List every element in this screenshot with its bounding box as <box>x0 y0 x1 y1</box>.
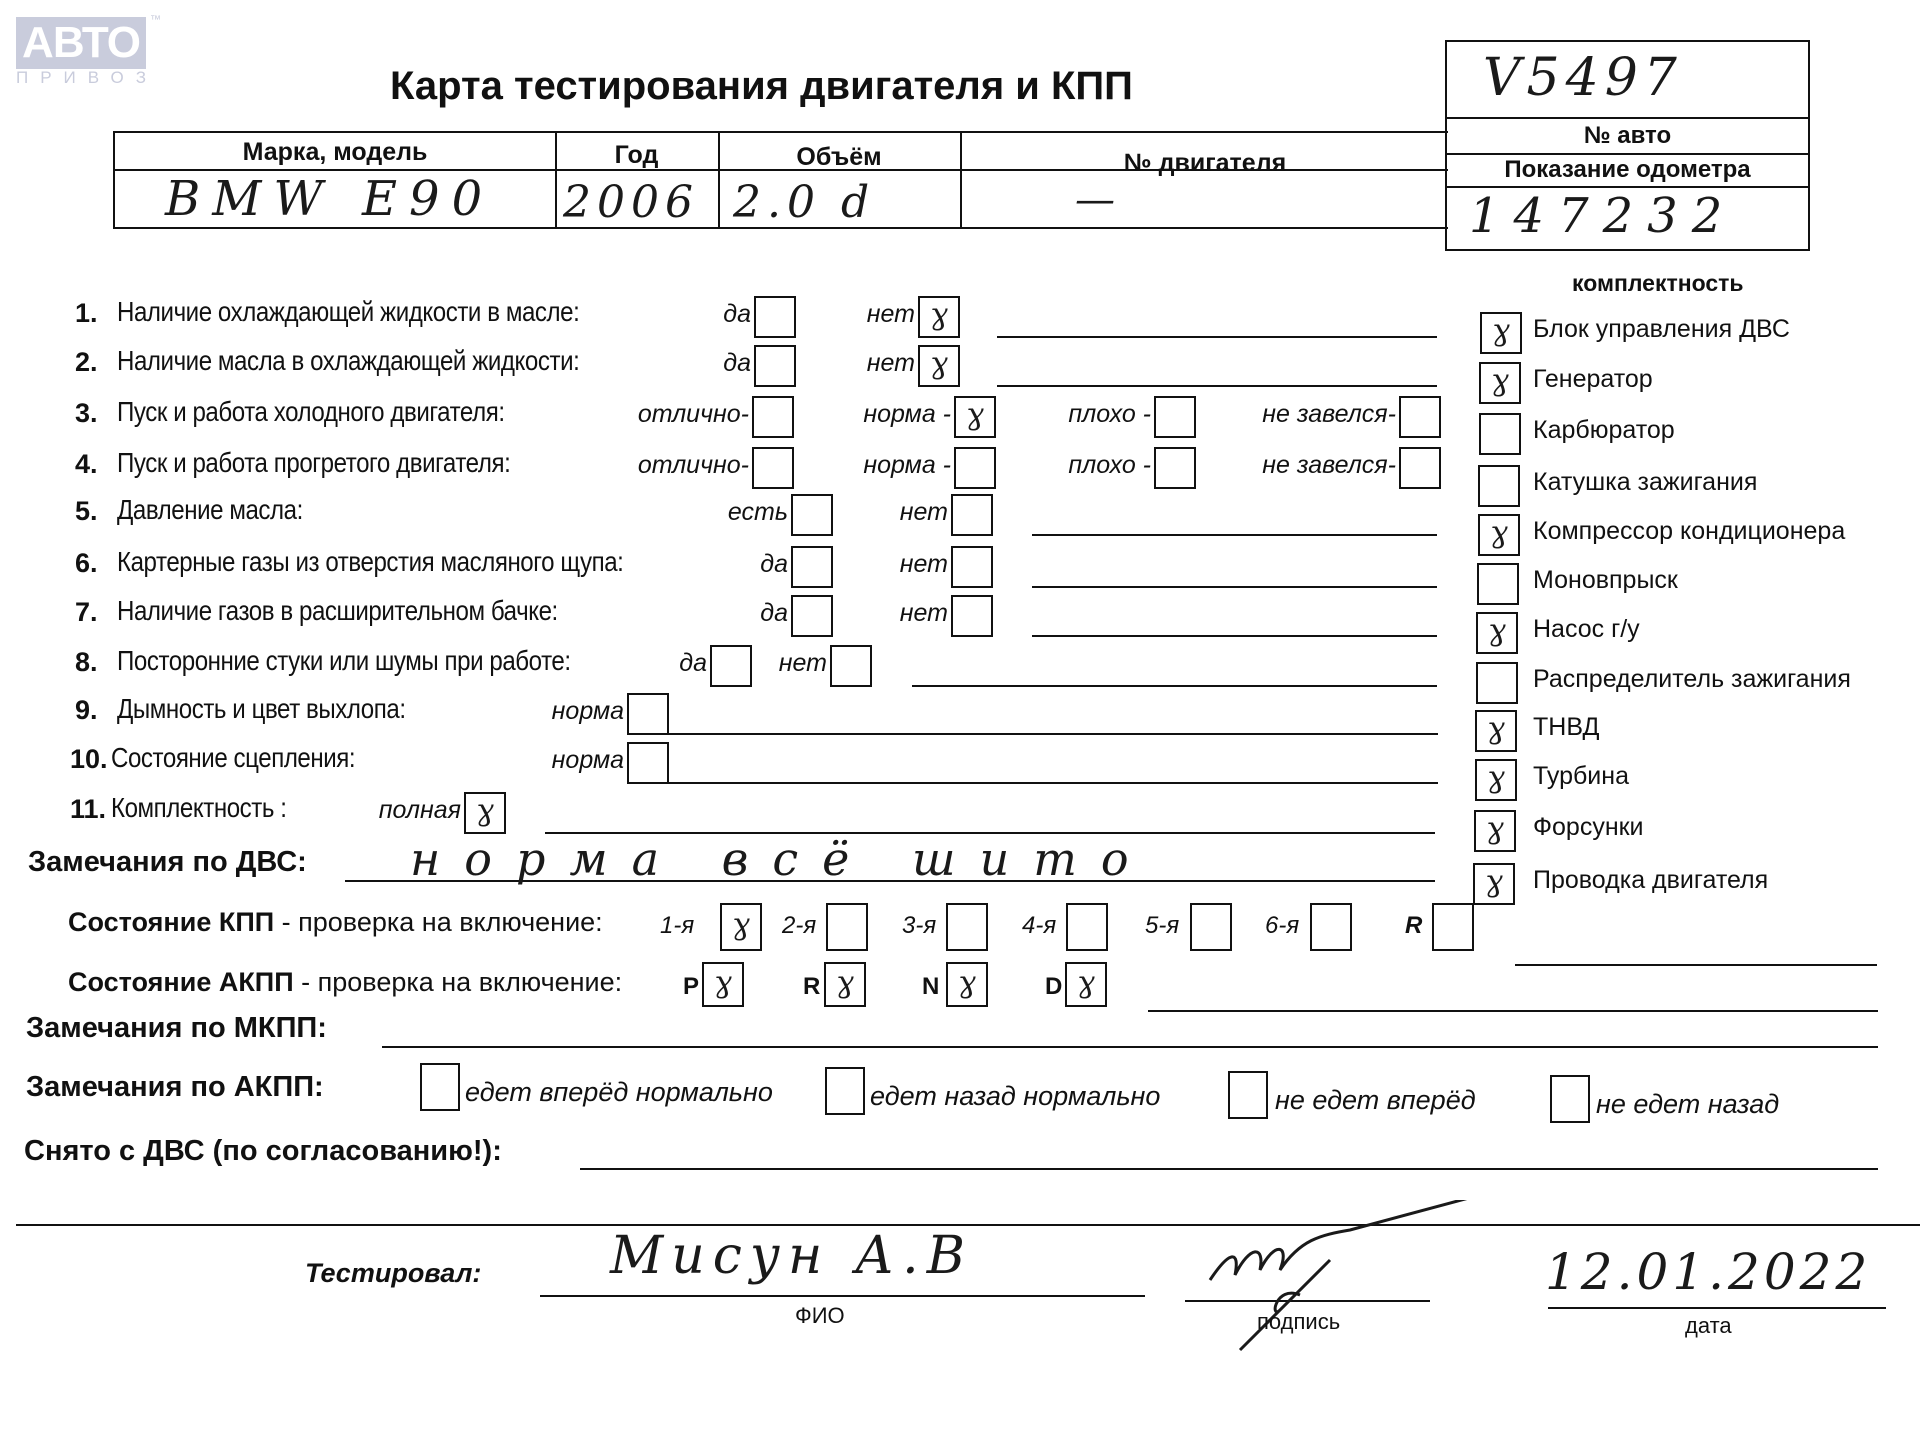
engine-remarks-label: Замечания по ДВС: <box>28 846 307 879</box>
check-mark-icon: ɣ <box>1480 512 1518 554</box>
akpp-remark-checkbox[interactable] <box>420 1063 460 1111</box>
kit-checkbox[interactable]: ɣ <box>1475 759 1517 801</box>
gear-checkbox-6-я[interactable] <box>1310 903 1352 951</box>
option-label: не завелся- <box>1207 400 1396 429</box>
checkbox-1-1[interactable] <box>754 296 796 338</box>
kit-checkbox[interactable]: ɣ <box>1480 312 1522 354</box>
check-number: 3. <box>75 398 98 429</box>
signature-caption: подпись <box>1257 1309 1340 1335</box>
checkbox-8-2[interactable] <box>830 645 872 687</box>
gear-label: 2-я <box>782 912 816 940</box>
checkbox-3-3[interactable] <box>1154 396 1196 438</box>
check-number: 10. <box>70 744 108 775</box>
engine-number-value[interactable]: — <box>1075 177 1115 223</box>
volume-value[interactable]: 2.0 d <box>733 177 875 228</box>
option-label: норма <box>502 746 624 775</box>
gear-checkbox-1-я[interactable]: ɣ <box>720 903 762 951</box>
option-label: нет <box>853 550 948 579</box>
name-caption: ФИО <box>795 1303 845 1329</box>
akpp-remark-label: не едет вперёд <box>1275 1085 1476 1116</box>
check-mark-icon: ɣ <box>956 394 994 436</box>
car-number-label: № авто <box>1447 122 1808 150</box>
checkbox-6-1[interactable] <box>791 546 833 588</box>
kit-checkbox[interactable] <box>1479 413 1521 455</box>
check-mark-icon: ɣ <box>948 960 986 1005</box>
check-number: 4. <box>75 449 98 480</box>
checkbox-4-4[interactable] <box>1399 447 1441 489</box>
option-label: да <box>632 649 707 678</box>
mode-checkbox-R[interactable]: ɣ <box>824 962 866 1007</box>
option-label: да <box>657 300 751 329</box>
col-header-engine-number: № двигателя <box>960 149 1450 178</box>
checkbox-4-3[interactable] <box>1154 447 1196 489</box>
checkbox-3-2[interactable]: ɣ <box>954 396 996 438</box>
check-label: Наличие масла в охлаждающей жидкости: <box>117 345 579 377</box>
check-mark-icon: ɣ <box>704 960 742 1005</box>
make-model-value[interactable]: BMW E90 <box>165 171 494 227</box>
check-mark-icon: ɣ <box>1476 808 1514 850</box>
kit-item-label: Распределитель зажигания <box>1533 665 1851 694</box>
kit-item-label: Генератор <box>1533 365 1653 394</box>
check-label: Давление масла: <box>117 494 303 526</box>
kit-item-label: Карбюратор <box>1533 416 1675 445</box>
check-label: Картерные газы из отверстия масляного щу… <box>117 546 623 578</box>
kit-checkbox[interactable]: ɣ <box>1475 710 1517 752</box>
option-label: отлично- <box>588 400 749 429</box>
check-mark-icon: ɣ <box>466 790 504 832</box>
engine-remarks-value[interactable]: норма всё шито <box>410 832 1153 886</box>
akpp-remark-label: едет назад нормально <box>870 1081 1160 1112</box>
kit-item-label: Форсунки <box>1533 813 1644 842</box>
page-title: Карта тестирования двигателя и КПП <box>390 64 1133 109</box>
option-label: нет <box>853 498 948 527</box>
date-caption: дата <box>1685 1313 1732 1339</box>
option-label: нет <box>813 349 915 378</box>
check-label: Комплектность : <box>111 792 287 824</box>
check-label: Состояние сцепления: <box>111 742 355 774</box>
odometer-value[interactable]: 147232 <box>1469 188 1736 244</box>
kit-checkbox[interactable] <box>1477 563 1519 605</box>
option-label: да <box>713 599 788 628</box>
check-label: Посторонние стуки или шумы при работе: <box>117 645 571 677</box>
akpp-remarks-label: Замечания по АКПП: <box>26 1071 324 1104</box>
option-label: плохо - <box>1018 400 1151 429</box>
option-label: не завелся- <box>1207 451 1396 480</box>
trademark-mark: ™ <box>150 14 161 26</box>
checkbox-2-2[interactable]: ɣ <box>918 345 960 387</box>
option-label: норма - <box>812 400 951 429</box>
check-number: 9. <box>75 695 98 726</box>
kit-checkbox[interactable]: ɣ <box>1474 810 1516 852</box>
akpp-remark-checkbox[interactable] <box>1550 1075 1590 1123</box>
gear-label: 4-я <box>1022 912 1056 940</box>
option-label: нет <box>732 649 827 678</box>
check-number: 6. <box>75 548 98 579</box>
gear-label: 1-я <box>660 912 694 940</box>
check-mark-icon: ɣ <box>920 343 958 385</box>
checkbox-7-2[interactable] <box>951 595 993 637</box>
col-header-year: Год <box>555 141 718 170</box>
gear-checkbox-5-я[interactable] <box>1190 903 1232 951</box>
akpp-remark-label: едет вперёд нормально <box>465 1077 773 1108</box>
option-label: нет <box>853 599 948 628</box>
check-label: Пуск и работа прогретого двигателя: <box>117 447 510 479</box>
check-mark-icon: ɣ <box>1067 960 1105 1005</box>
check-mark-icon: ɣ <box>1477 757 1515 799</box>
checkbox-3-1[interactable] <box>752 396 794 438</box>
check-label: Наличие газов в расширительном бачке: <box>117 595 558 627</box>
kit-checkbox[interactable]: ɣ <box>1479 362 1521 404</box>
car-number-box: V5497 № авто Показание одометра 147232 <box>1445 40 1810 251</box>
check-label: Пуск и работа холодного двигателя: <box>117 396 505 428</box>
check-number: 11. <box>70 794 106 825</box>
col-header-make-model: Марка, модель <box>115 138 555 167</box>
check-number: 7. <box>75 597 98 628</box>
gear-label: 5-я <box>1145 912 1179 940</box>
kit-checkbox[interactable]: ɣ <box>1476 612 1518 654</box>
kit-item-label: Блок управления ДВС <box>1533 315 1790 344</box>
check-number: 8. <box>75 647 98 678</box>
akpp-remark-label: не едет назад <box>1596 1089 1779 1120</box>
mode-checkbox-D[interactable]: ɣ <box>1065 962 1107 1007</box>
date-value[interactable]: 12.01.2022 <box>1545 1243 1871 1301</box>
kit-item-label: Проводка двигателя <box>1533 866 1768 895</box>
kit-item-label: Турбина <box>1533 762 1629 791</box>
checkbox-9-1[interactable] <box>627 693 669 735</box>
checkbox-2-1[interactable] <box>754 345 796 387</box>
option-label: нет <box>813 300 915 329</box>
kit-checkbox[interactable]: ɣ <box>1473 863 1515 905</box>
checkbox-11-1[interactable]: ɣ <box>464 792 506 834</box>
mode-label: D <box>1045 973 1062 1001</box>
col-header-volume: Объём <box>718 143 960 172</box>
checkbox-5-1[interactable] <box>791 494 833 536</box>
check-mark-icon: ɣ <box>722 901 760 949</box>
option-label: отлично- <box>588 451 749 480</box>
kit-checkbox[interactable]: ɣ <box>1478 514 1520 556</box>
mkpp-remarks-label: Замечания по МКПП: <box>26 1012 327 1045</box>
removed-label: Снято с ДВС (по согласованию!): <box>24 1135 502 1168</box>
gear-label: R <box>1405 912 1422 940</box>
logo-subtitle: ПРИВОЗ <box>16 68 152 88</box>
check-mark-icon: ɣ <box>1478 610 1516 652</box>
kit-item-label: Катушка зажигания <box>1533 468 1757 497</box>
akpp-remark-checkbox[interactable] <box>1228 1071 1268 1119</box>
option-label: плохо - <box>1018 451 1151 480</box>
option-label: норма <box>502 697 624 726</box>
mode-checkbox-N[interactable]: ɣ <box>946 962 988 1007</box>
check-mark-icon: ɣ <box>1481 360 1519 402</box>
check-number: 5. <box>75 496 98 527</box>
mode-label: R <box>803 973 820 1001</box>
option-label: полная <box>330 796 461 825</box>
check-label: Наличие охлаждающей жидкости в масле: <box>117 296 579 328</box>
gear-checkbox-R[interactable] <box>1432 903 1474 951</box>
logo: АВТО <box>16 17 146 69</box>
checkbox-3-4[interactable] <box>1399 396 1441 438</box>
check-label: Дымность и цвет выхлопа: <box>117 693 406 725</box>
kit-item-label: Насос г/у <box>1533 615 1640 644</box>
check-number: 1. <box>75 298 98 329</box>
mode-label: N <box>922 973 939 1001</box>
gear-label: 3-я <box>902 912 936 940</box>
checkbox-5-2[interactable] <box>951 494 993 536</box>
checkbox-1-2[interactable]: ɣ <box>918 296 960 338</box>
vehicle-info-table: Марка, модель Год Объём № двигателя BMW … <box>113 131 1448 229</box>
gear-checkbox-4-я[interactable] <box>1066 903 1108 951</box>
mode-checkbox-P[interactable]: ɣ <box>702 962 744 1007</box>
option-label: да <box>657 349 751 378</box>
kit-item-label: Компрессор кондиционера <box>1533 517 1845 546</box>
akpp-remark-checkbox[interactable] <box>825 1067 865 1115</box>
kit-checkbox[interactable] <box>1478 465 1520 507</box>
checkbox-7-1[interactable] <box>791 595 833 637</box>
check-mark-icon: ɣ <box>1475 861 1513 903</box>
gear-checkbox-3-я[interactable] <box>946 903 988 951</box>
checkbox-4-1[interactable] <box>752 447 794 489</box>
kit-title: комплектность <box>1572 270 1744 297</box>
car-number-value[interactable]: V5497 <box>1483 48 1683 108</box>
manual-gearbox-label: Состояние КПП - проверка на включение: <box>68 907 603 938</box>
check-mark-icon: ɣ <box>1477 708 1515 750</box>
option-label: да <box>713 550 788 579</box>
checkbox-6-2[interactable] <box>951 546 993 588</box>
checkbox-4-2[interactable] <box>954 447 996 489</box>
check-mark-icon: ɣ <box>826 960 864 1005</box>
option-label: есть <box>678 498 788 527</box>
auto-gearbox-label: Состояние АКПП - проверка на включение: <box>68 967 622 998</box>
check-number: 2. <box>75 347 98 378</box>
kit-checkbox[interactable] <box>1476 662 1518 704</box>
signature[interactable] <box>1180 1200 1500 1360</box>
year-value[interactable]: 2006 <box>563 177 699 228</box>
check-mark-icon: ɣ <box>920 294 958 336</box>
gear-label: 6-я <box>1265 912 1299 940</box>
kit-item-label: ТНВД <box>1533 713 1599 742</box>
mode-label: P <box>683 973 699 1001</box>
check-mark-icon: ɣ <box>1482 310 1520 352</box>
kit-item-label: Моновпрыск <box>1533 566 1678 595</box>
odometer-label: Показание одометра <box>1447 156 1808 184</box>
tester-name-value[interactable]: Мисун А.В <box>610 1226 973 1286</box>
option-label: норма - <box>812 451 951 480</box>
tested-by-label: Тестировал: <box>305 1258 481 1289</box>
checkbox-10-1[interactable] <box>627 742 669 784</box>
gear-checkbox-2-я[interactable] <box>826 903 868 951</box>
